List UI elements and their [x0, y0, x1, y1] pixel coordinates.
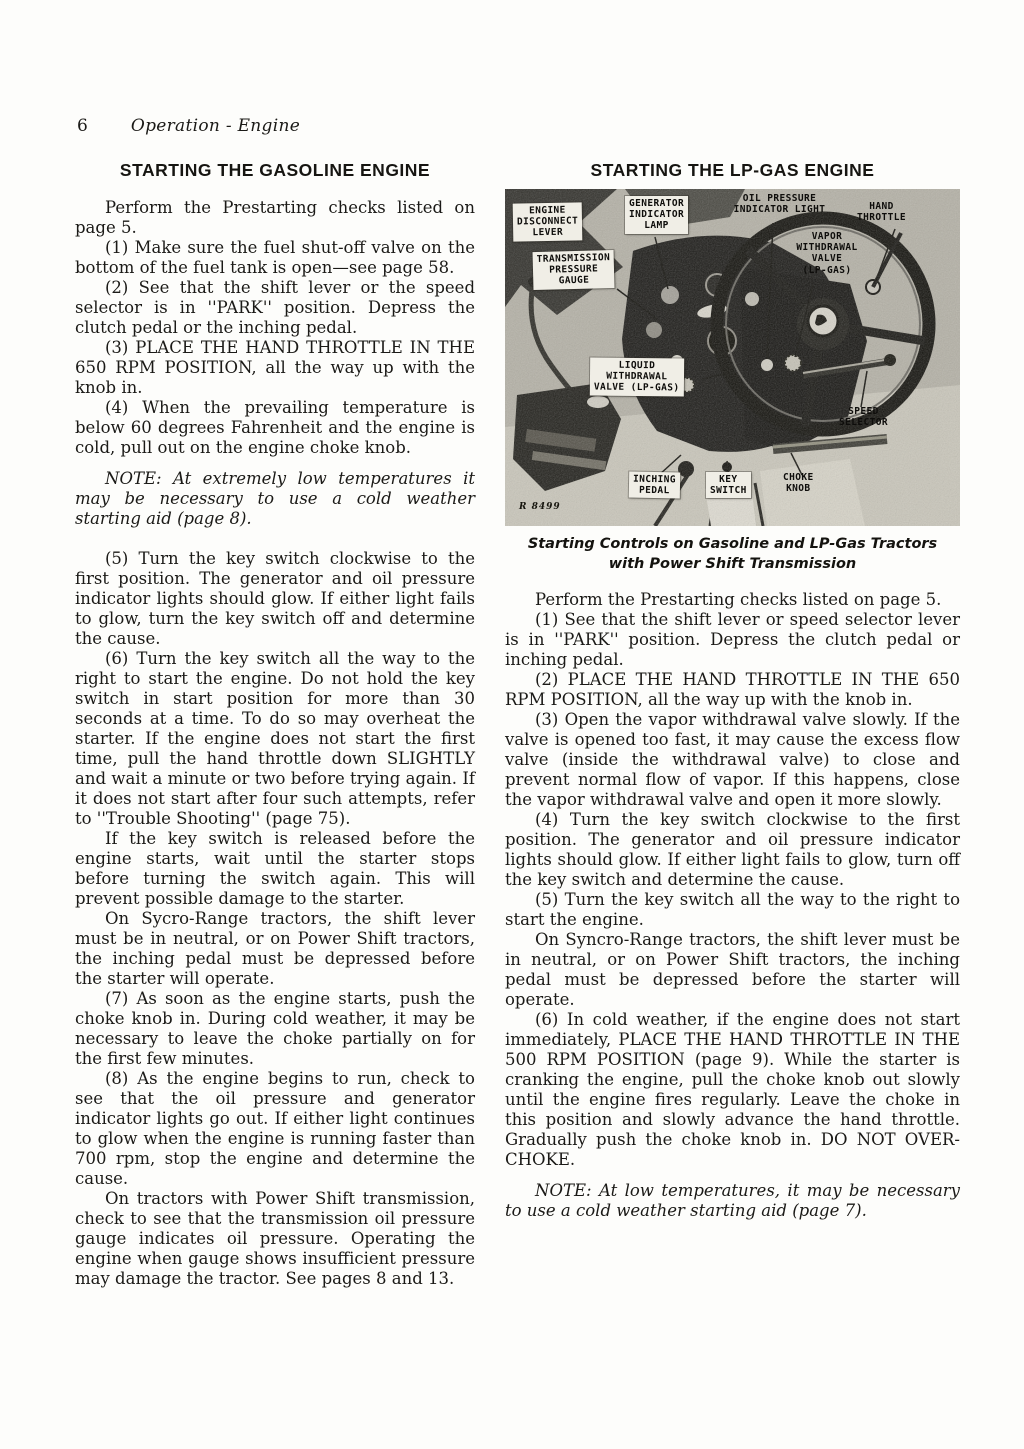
gasoline-engine-section: STARTING THE GASOLINE ENGINE Perform the… [75, 160, 475, 1289]
label-oil-pressure-indicator-light: OIL PRESSURE INDICATOR LIGHT [717, 193, 842, 215]
paragraph-lpgas-step-5: (5) Turn the key switch all the way to t… [505, 890, 960, 930]
page-number: 6 [77, 116, 88, 136]
manual-page: 6 Operation - Engine STARTING THE GASOLI… [0, 0, 1024, 1449]
paragraph-step-6: (6) Turn the key switch all the way to t… [75, 649, 475, 829]
note-cold-weather-lpgas: NOTE: At low temperatures, it may be nec… [505, 1181, 960, 1221]
label-liquid-withdrawal-valve: LIQUID WITHDRAWAL VALVE (LP-GAS) [590, 358, 684, 397]
two-column-layout: STARTING THE GASOLINE ENGINE Perform the… [75, 160, 960, 1289]
paragraph-lpgas-step-4: (4) Turn the key switch clockwise to the… [505, 810, 960, 890]
figure-caption: Starting Controls on Gasoline and LP-Gas… [505, 535, 960, 574]
lpgas-section-heading: STARTING THE LP-GAS ENGINE [505, 160, 960, 181]
figure-caption-line-1: Starting Controls on Gasoline and LP-Gas… [505, 535, 960, 555]
paragraph-prestarting-lpgas: Perform the Prestarting checks listed on… [505, 590, 960, 610]
label-hand-throttle: HAND THROTTLE [857, 201, 906, 223]
label-engine-disconnect-lever: ENGINE DISCONNECT LEVER [513, 202, 583, 241]
tractor-controls-photo: ENGINE DISCONNECT LEVER GENERATOR INDICA… [505, 189, 960, 526]
paragraph-step-1: (1) Make sure the fuel shut-off valve on… [75, 238, 475, 278]
paragraph-lpgas-step-2: (2) PLACE THE HAND THROTTLE IN THE 650 R… [505, 670, 960, 710]
figure-caption-line-2: with Power Shift Transmission [505, 555, 960, 575]
label-inching-pedal: INCHING PEDAL [629, 472, 680, 499]
lpgas-engine-section: STARTING THE LP-GAS ENGINE [505, 160, 960, 1289]
photo-reference-number: R 8499 [519, 502, 561, 512]
label-transmission-pressure-gauge: TRANSMISSION PRESSURE GAUGE [533, 250, 615, 290]
paragraph-sycro-range: On Sycro-Range tractors, the shift lever… [75, 909, 475, 989]
paragraph-lpgas-step-3: (3) Open the vapor withdrawal valve slow… [505, 710, 960, 810]
paragraph-lpgas-step-1: (1) See that the shift lever or speed se… [505, 610, 960, 670]
running-title: Operation - Engine [131, 116, 300, 136]
starting-controls-figure: ENGINE DISCONNECT LEVER GENERATOR INDICA… [505, 189, 960, 574]
label-generator-indicator-lamp: GENERATOR INDICATOR LAMP [625, 196, 688, 234]
paragraph-step-4: (4) When the prevailing temperature is b… [75, 398, 475, 458]
label-vapor-withdrawal-valve: VAPOR WITHDRAWAL VALVE (LP-GAS) [781, 231, 873, 276]
label-speed-selector: SPEED SELECTOR [839, 406, 888, 428]
paragraph-step-5: (5) Turn the key switch clockwise to the… [75, 549, 475, 649]
paragraph-step-7: (7) As soon as the engine starts, push t… [75, 989, 475, 1069]
paragraph-syncro-range: On Syncro-Range tractors, the shift leve… [505, 930, 960, 1010]
paragraph-power-shift-gauge: On tractors with Power Shift transmissio… [75, 1189, 475, 1289]
note-cold-weather-gasoline: NOTE: At extremely low temperatures it m… [75, 469, 475, 529]
paragraph-lpgas-step-6: (6) In cold weather, if the engine does … [505, 1010, 960, 1170]
paragraph-prestarting: Perform the Prestarting checks listed on… [75, 198, 475, 238]
label-key-switch: KEY SWITCH [706, 472, 751, 498]
gasoline-section-heading: STARTING THE GASOLINE ENGINE [75, 160, 475, 181]
paragraph-key-switch-released: If the key switch is released before the… [75, 829, 475, 909]
label-choke-knob: CHOKE KNOB [783, 472, 814, 494]
paragraph-step-2: (2) See that the shift lever or the spee… [75, 278, 475, 338]
running-head: 6 Operation - Engine [77, 116, 960, 136]
paragraph-step-3: (3) PLACE THE HAND THROTTLE IN THE 650 R… [75, 338, 475, 398]
paragraph-step-8: (8) As the engine begins to run, check t… [75, 1069, 475, 1189]
